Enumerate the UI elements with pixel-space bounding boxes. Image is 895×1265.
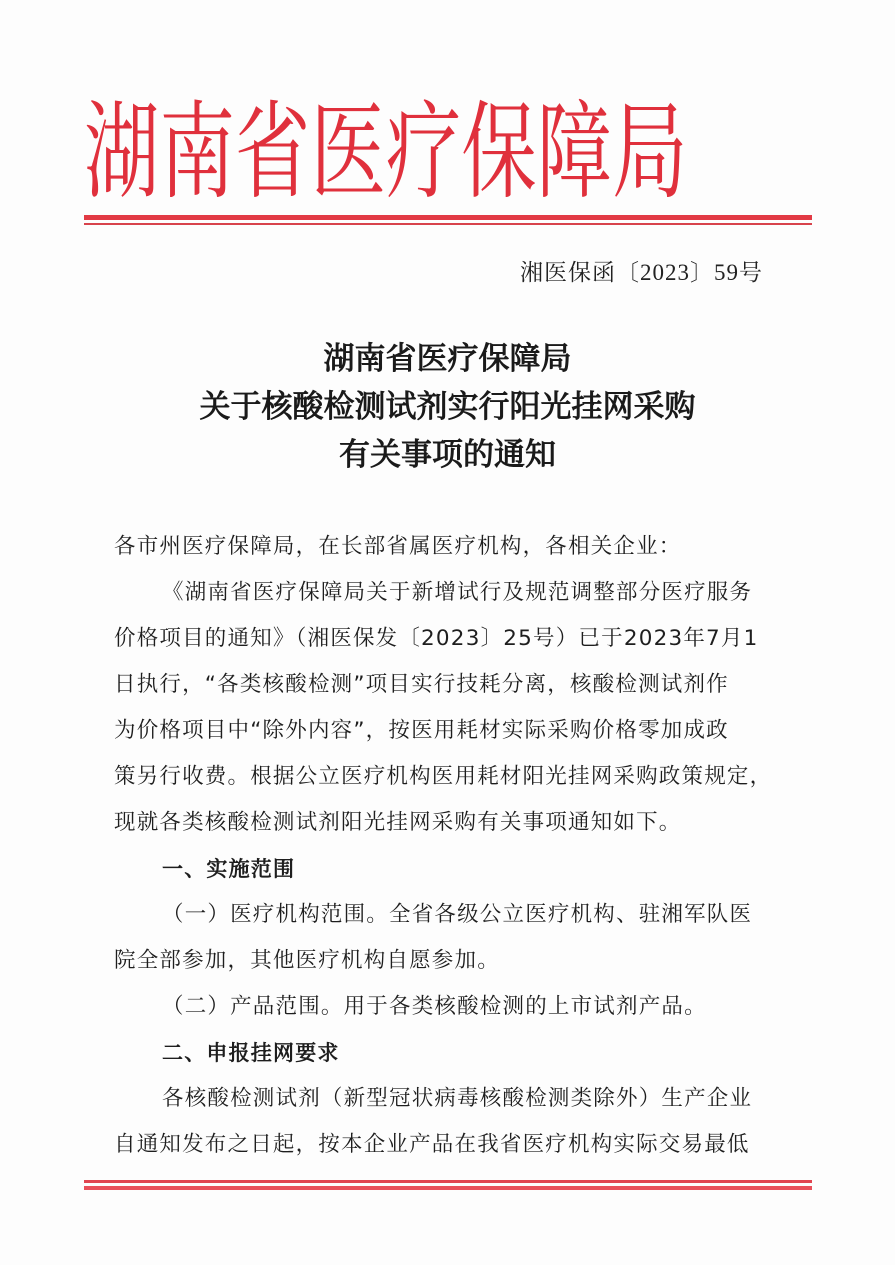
document-page: 湖 南 省 医 疗 保 障 局 湘医保函〔2023〕59号 湖南省医疗保障局 关… bbox=[0, 0, 895, 1265]
masthead-char: 疗 bbox=[386, 90, 461, 217]
paragraph-line: 为价格项目中“除外内容”，按医用耗材实际采购价格零加成政 bbox=[114, 708, 790, 754]
intro-paragraph: 《湖南省医疗保障局关于新增试行及规范调整部分医疗服务 价格项目的通知》（湘医保发… bbox=[114, 570, 790, 846]
document-title: 湖南省医疗保障局 关于核酸检测试剂实行阳光挂网采购 有关事项的通知 bbox=[0, 335, 895, 479]
document-number: 湘医保函〔2023〕59号 bbox=[520, 254, 763, 287]
footer-red-rule bbox=[84, 1180, 812, 1190]
section-item-line: （二）产品范围。用于各类核酸检测的上市试剂产品。 bbox=[114, 984, 790, 1030]
masthead-char: 保 bbox=[461, 90, 536, 217]
paragraph-line: 现就各类核酸检测试剂阳光挂网采购有关事项通知如下。 bbox=[114, 800, 790, 846]
masthead-char: 医 bbox=[310, 90, 385, 217]
section-item-line: 自通知发布之日起，按本企业产品在我省医疗机构实际交易最低 bbox=[114, 1122, 790, 1168]
title-line-1: 湖南省医疗保障局 bbox=[0, 335, 895, 383]
masthead-char: 南 bbox=[159, 90, 234, 217]
masthead-char: 湖 bbox=[84, 90, 159, 217]
section-item-line: 各核酸检测试剂（新型冠状病毒核酸检测类除外）生产企业 bbox=[114, 1076, 790, 1122]
salutation: 各市州医疗保障局，在长部省属医疗机构，各相关企业： bbox=[114, 524, 790, 570]
section-item-line: 院全部参加，其他医疗机构自愿参加。 bbox=[114, 938, 790, 984]
paragraph-line: 策另行收费。根据公立医疗机构医用耗材阳光挂网采购政策规定， bbox=[114, 754, 790, 800]
title-line-2: 关于核酸检测试剂实行阳光挂网采购 bbox=[0, 383, 895, 431]
paragraph-line: 价格项目的通知》（湘医保发〔2023〕25号）已于2023年7月1 bbox=[114, 616, 790, 662]
masthead-org-name: 湖 南 省 医 疗 保 障 局 bbox=[84, 98, 681, 208]
masthead-char: 障 bbox=[537, 90, 612, 217]
header-red-rule bbox=[84, 215, 812, 225]
paragraph-line: 日执行，“各类核酸检测”项目实行技耗分离，核酸检测试剂作 bbox=[114, 662, 790, 708]
section-heading-1: 一、实施范围 bbox=[114, 846, 790, 892]
paragraph-line: 《湖南省医疗保障局关于新增试行及规范调整部分医疗服务 bbox=[114, 570, 790, 616]
section-heading-2: 二、申报挂网要求 bbox=[114, 1030, 790, 1076]
title-line-3: 有关事项的通知 bbox=[0, 431, 895, 479]
masthead-char: 省 bbox=[235, 90, 310, 217]
rule-thick-line bbox=[84, 1186, 812, 1190]
rule-thin-line bbox=[84, 223, 812, 225]
masthead-char: 局 bbox=[612, 90, 687, 217]
section-item-line: （一）医疗机构范围。全省各级公立医疗机构、驻湘军队医 bbox=[114, 892, 790, 938]
document-body: 各市州医疗保障局，在长部省属医疗机构，各相关企业： 《湖南省医疗保障局关于新增试… bbox=[114, 524, 790, 1168]
